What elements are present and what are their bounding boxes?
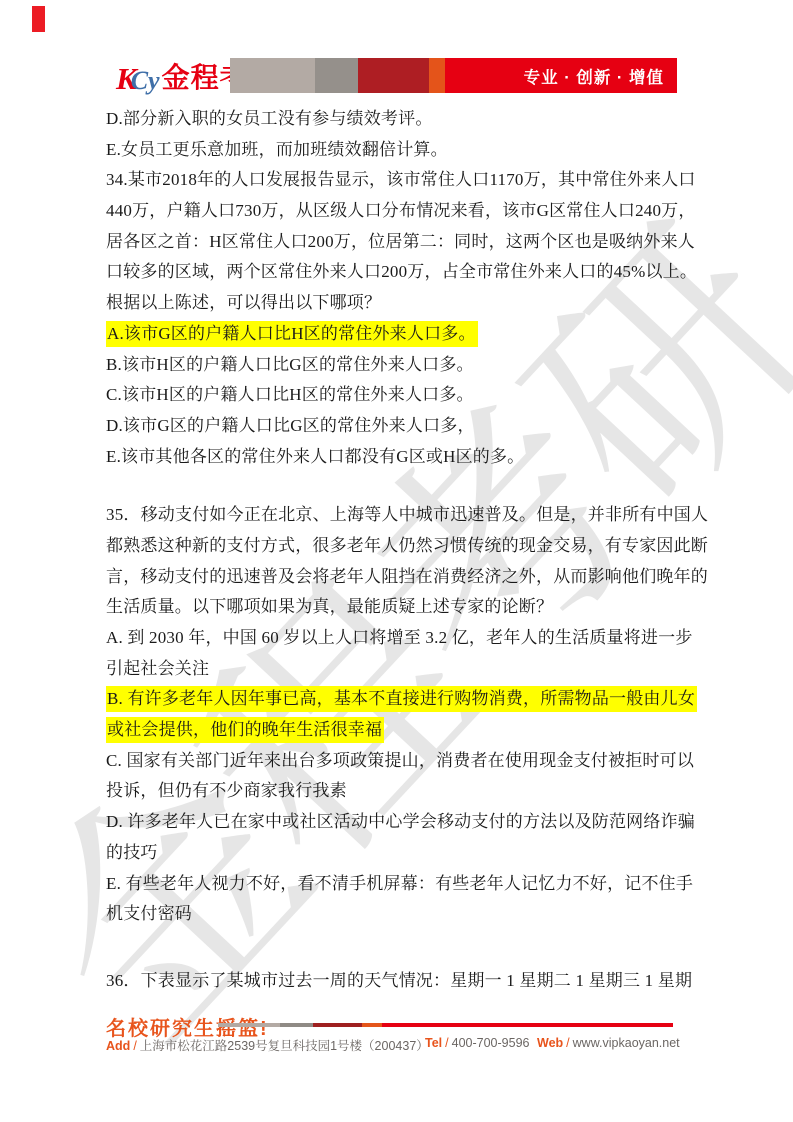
logo-cy-glyph: Cy (131, 66, 160, 95)
header-bar-red: 专业 · 创新 · 增值 (445, 58, 677, 93)
q35-option-d-line1: D. 许多老年人已在家中或社区活动中心学会移动支付的方法以及防范网络诈骗 (106, 807, 706, 838)
q34-option-b: B.该市H区的户籍人口比G区的常住外来人口多。 (106, 350, 706, 381)
document-body: D.部分新入职的女员工没有参与绩效考评。 E.女员工更乐意加班，而加班绩效翻倍计… (106, 104, 706, 997)
footer-website: Web/www.vipkaoyan.net (537, 1036, 680, 1050)
q33-option-d: D.部分新入职的女员工没有参与绩效考评。 (106, 104, 706, 135)
q34-stem-line5: 根据以上陈述，可以得出以下哪项？ (106, 288, 706, 319)
q35-option-a-line2: 引起社会关注 (106, 654, 706, 685)
q35-option-b-line1-highlighted: B. 有许多老年人因年事已高，基本不直接进行购物消费，所需物品一般由儿女 (106, 684, 706, 715)
q36-stem-line1: 36．下表显示了某城市过去一周的天气情况：星期一 1 星期二 1 星期三 1 星… (106, 966, 706, 997)
footer-address: Add/上海市松花江路2539号复旦科技园1号楼（200437） (106, 1036, 429, 1054)
header-bar-orange (429, 58, 445, 93)
header-slogan: 专业 · 创新 · 增值 (524, 64, 664, 88)
q35-stem-line4: 生活质量。以下哪项如果为真，最能质疑上述专家的论断？ (106, 592, 706, 623)
q34-stem-line1: 34.某市2018年的人口发展报告显示，该市常住人口1170万，其中常住外来人口 (106, 165, 706, 196)
q35-stem-line1: 35．移动支付如今正在北京、上海等人中城市迅速普及。但是，并非所有中国人 (106, 500, 706, 531)
footer-telephone: Tel/400-700-9596 (425, 1036, 529, 1050)
q35-option-c-line1: C. 国家有关部门近年来出台多项政策提山，消费者在使用现金支付被拒时可以 (106, 746, 706, 777)
footer-divider-line (218, 1023, 673, 1027)
q34-option-e: E.该市其他各区的常住外来人口都没有G区或H区的多。 (106, 442, 706, 473)
q35-option-e-line1: E. 有些老年人视力不好，看不清手机屏幕：有些老年人记忆力不好，记不住手 (106, 869, 706, 900)
footer-line-seg-lightgray (218, 1023, 280, 1027)
q35-option-a-line1: A. 到 2030 年，中国 60 岁以上人口将增至 3.2 亿，老年人的生活质… (106, 623, 706, 654)
header-bar-gray (315, 58, 358, 93)
footer-line-seg-orange (362, 1023, 382, 1027)
header-bar-darkred (358, 58, 429, 93)
q35-stem-line3: 言，移动支付的迅速普及会将老年人阻挡在消费经济之外，从而影响他们晚年的 (106, 562, 706, 593)
q34-stem-line3: 居各区之首：H区常住人口200万，位居第二：同时，这两个区也是吸纳外来人 (106, 227, 706, 258)
document-page: 金程考研 KCy金程考研 专业 · 创新 · 增值 D.部分新入职的女员工没有参… (0, 0, 793, 1122)
q33-option-e: E.女员工更乐意加班，而加班绩效翻倍计算。 (106, 135, 706, 166)
q34-option-c: C.该市H区的户籍人口比H区的常住外来人口多。 (106, 380, 706, 411)
footer-line-seg-gray (280, 1023, 313, 1027)
q34-option-d: D.该市G区的户籍人口比G区的常住外来人口多， (106, 411, 706, 442)
q35-option-e-line2: 机支付密码 (106, 899, 706, 930)
q35-option-d-line2: 的技巧 (106, 838, 706, 869)
q35-option-b-line2-highlighted: 或社会提供，他们的晚年生活很幸福 (106, 715, 706, 746)
q35-stem-line2: 都熟悉这种新的支付方式，很多老年人仍然习惯传统的现金交易，有专家因此断 (106, 531, 706, 562)
footer-line-seg-darkred (313, 1023, 362, 1027)
q35-option-c-line2: 投诉，但仍有不少商家我行我素 (106, 776, 706, 807)
q34-option-a-highlighted: A.该市G区的户籍人口比H区的常住外来人口多。 (106, 319, 706, 350)
footer: 名校研究生摇篮! Add/上海市松花江路2539号复旦科技园1号楼（200437… (0, 1008, 793, 1068)
page-corner-marker (32, 6, 45, 32)
footer-line-seg-red (382, 1023, 673, 1027)
q34-stem-line4: 口较多的区域，两个区常住外来人口200万，占全市常住外来人口的45%以上。 (106, 257, 706, 288)
header-bar-lightgray (230, 58, 315, 93)
header: KCy金程考研 专业 · 创新 · 增值 (0, 0, 793, 105)
q34-stem-line2: 440万，户籍人口730万，从区级人口分布情况来看，该市G区常住人口240万， (106, 196, 706, 227)
